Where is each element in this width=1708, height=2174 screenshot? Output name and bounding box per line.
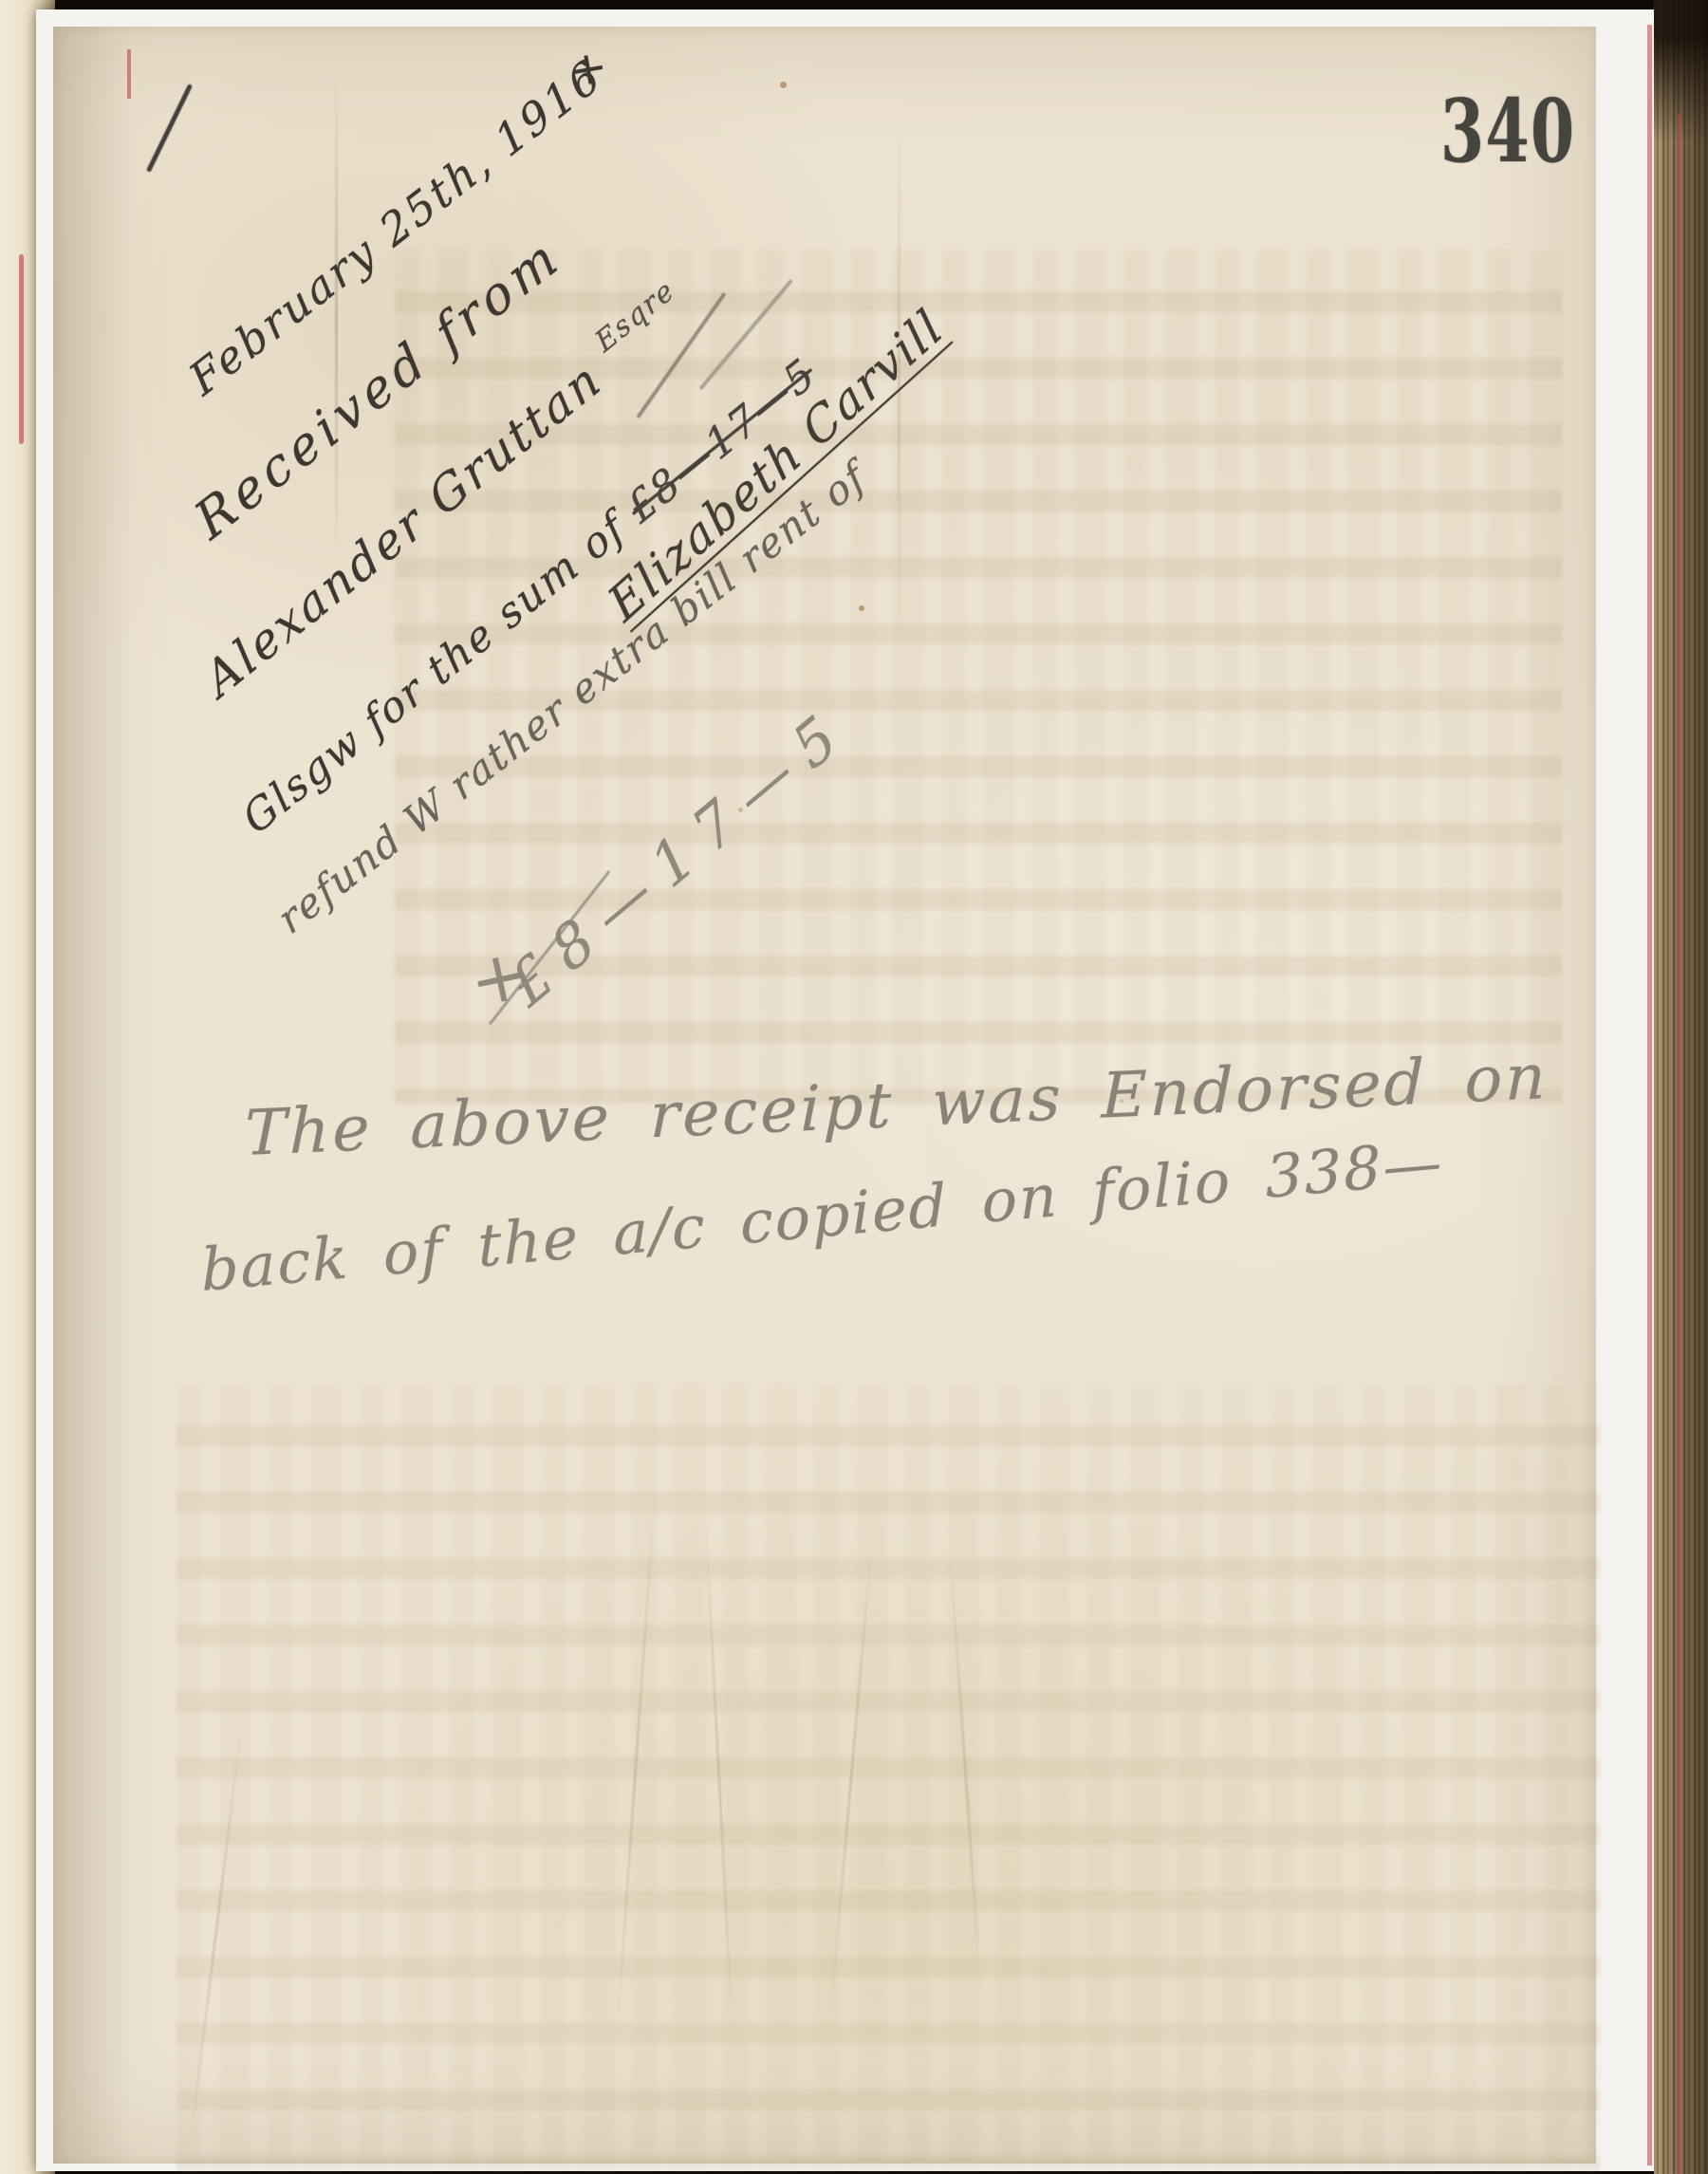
red-rule-line — [1647, 25, 1652, 2165]
scanned-ledger-photo: 340 + February 25th, 1916 Received from … — [0, 0, 1708, 2174]
page-number: 340 — [1440, 80, 1576, 182]
red-rule-line — [1678, 114, 1680, 2174]
paper-stain — [780, 82, 787, 88]
red-rule-fragment — [19, 254, 24, 444]
paper-crease — [335, 74, 338, 567]
ink-bleed-through-lower — [176, 1384, 1600, 2171]
gutter-shadow — [53, 27, 133, 2164]
red-rule-fragment — [127, 49, 131, 99]
paper-stain — [859, 605, 864, 611]
book-fore-edge-pages — [1654, 0, 1708, 2174]
